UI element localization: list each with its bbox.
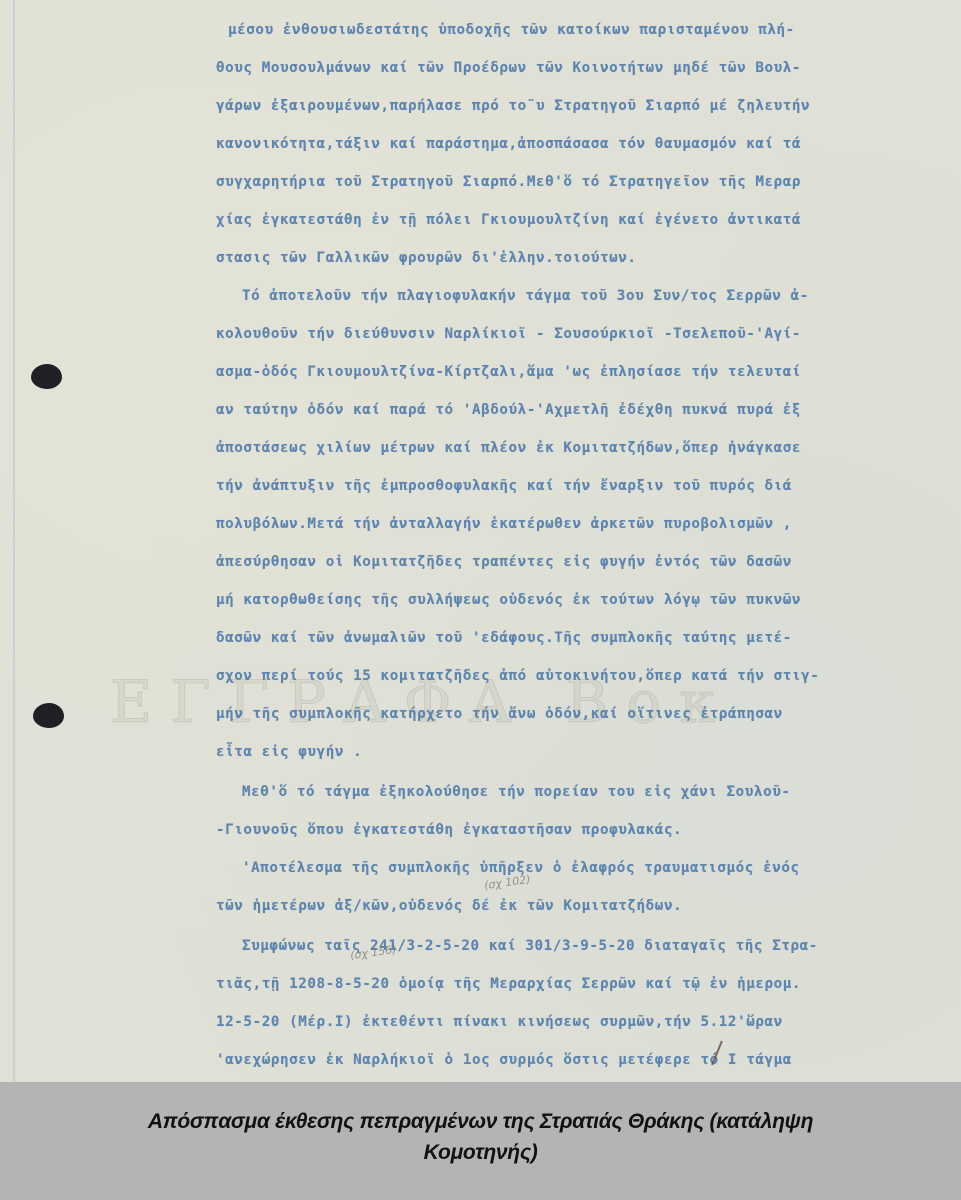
text-line: μήν τῆς συμπλοκῆς κατήρχετο τήν ἄνω ὁδόν… — [216, 706, 783, 722]
text-line: κανονικότητα,τάξιν καί παράστημα,ἀποσπάσ… — [216, 136, 801, 152]
text-line: τῶν ἡμετέρων ἀξ/κῶν,οὐδενός δέ ἐκ τῶν Κο… — [216, 898, 682, 914]
text-line: μή κατορθωθείσης τῆς συλλήψεως οὐδενός ἐ… — [216, 592, 801, 608]
caption-line-2: Κομοτηνής) — [424, 1141, 538, 1164]
text-line: Συμφώνως ταῖς 241/3-2-5-20 καί 301/3-9-5… — [242, 938, 818, 954]
caption-bar: Απόσπασμα έκθεσης πεπραγμένων της Στρατι… — [0, 1082, 961, 1200]
text-line: συγχαρητήρια τοῦ Στρατηγοῦ Σιαρπό.Μεθ'ὅ … — [216, 174, 801, 190]
margin-line — [13, 0, 15, 1082]
text-line: ἀποστάσεως χιλίων μέτρων καί πλέον ἐκ Κο… — [216, 440, 801, 456]
text-line: τιᾶς,τῇ 1208-8-5-20 ὁμοίᾳ τῆς Μεραρχίας … — [216, 976, 801, 992]
text-line: Μεθ'ὅ τό τάγμα ἐξηκολούθησε τήν πορείαν … — [242, 784, 791, 800]
text-line: -Γιουνοῦς ὅπου ἐγκατεστάθη ἐγκαταστῆσαν … — [216, 822, 682, 838]
text-line: σχον περί τούς 15 κομιτατζῆδες ἀπό αὐτοκ… — [216, 668, 819, 684]
caption-line-1: Απόσπασμα έκθεσης πεπραγμένων της Στρατι… — [148, 1110, 813, 1133]
caption: Απόσπασμα έκθεσης πεπραγμένων της Στρατι… — [51, 1106, 911, 1168]
text-line: Τό ἀποτελοῦν τήν πλαγιοφυλακήν τάγμα τοῦ… — [242, 288, 809, 304]
text-line: 'ανεχώρησεν ἐκ Ναρλήκιοϊ ὁ 1ος συρμός ὅσ… — [216, 1052, 792, 1068]
punch-hole-bottom — [33, 703, 64, 728]
text-line: πολυβόλων.Μετά τήν ἀνταλλαγήν ἑκατέρωθεν… — [216, 516, 792, 532]
text-line: ἀπεσύρθησαν οἱ Κομιτατζῆδες τραπέντες εἰ… — [216, 554, 792, 570]
text-line: μέσου ἐνθουσιωδεστάτης ὑποδοχῆς τῶν κατο… — [228, 22, 795, 38]
text-line: εἶτα εἰς φυγήν . — [216, 744, 362, 760]
text-line: τήν ἀνάπτυξιν τῆς ἐμπροσθοφυλακῆς καί τή… — [216, 478, 792, 494]
text-line: αν ταύτην ὁδόν καί παρά τό 'Αβδούλ-'Αχμε… — [216, 402, 801, 418]
text-line: γάρων ἐξαιρουμένων,παρήλασε πρό το῀υ Στρ… — [216, 98, 810, 114]
text-line: στασις τῶν Γαλλικῶν φρουρῶν δι'ἑλλην.τοι… — [216, 250, 637, 266]
text-line: 12-5-20 (Μέρ.Ι) ἐκτεθέντι πίνακι κινήσεω… — [216, 1014, 783, 1030]
text-line: κολουθοῦν τήν διεύθυνσιν Ναρλίκιοϊ - Σου… — [216, 326, 801, 342]
punch-hole-top — [31, 364, 62, 389]
text-line: θους Μουσουλμάνων καί τῶν Προέδρων τῶν Κ… — [216, 60, 801, 76]
text-line: ασμα-ὁδός Γκιουμουλτζίνα-Κίρτζαλι,ἅμα 'ω… — [216, 364, 801, 380]
text-line: δασῶν καί τῶν ἀνωμαλιῶν τοῦ 'εδάφους.Τῆς… — [216, 630, 792, 646]
document-scan: ΕΓΓΡΑΦΑ Βοκ μέσου ἐνθουσιωδεστάτης ὑποδο… — [0, 0, 961, 1082]
text-line: χίας ἐγκατεστάθη ἐν τῇ πόλει Γκιουμουλτζ… — [216, 212, 801, 228]
